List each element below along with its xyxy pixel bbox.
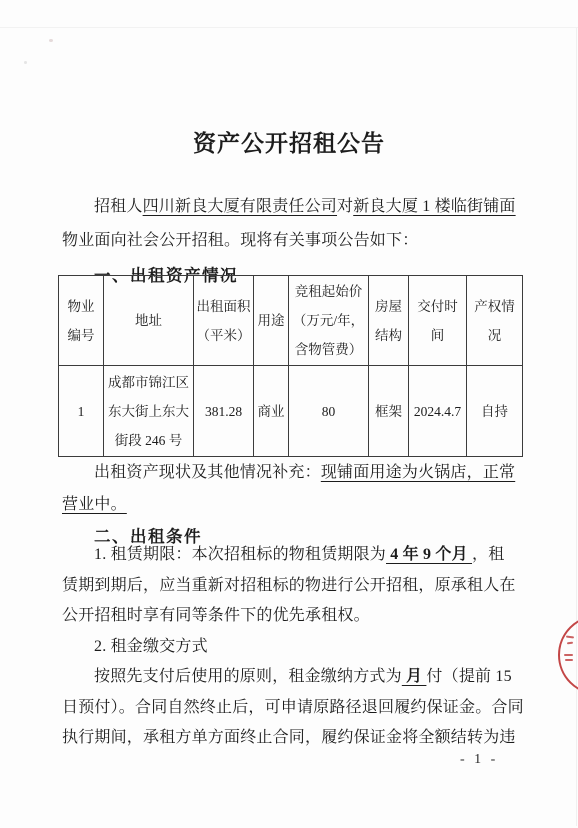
text-line: 招租人四川新良大厦有限责任公司对新良大厦 1 楼临街铺面 (62, 190, 530, 224)
text-line: 日预付）。合同自然终止后，可申请原路径退回履约保证金。合同 (62, 693, 530, 724)
header-cell-ownership: 产权情况 (467, 276, 523, 366)
cell-usage: 商业 (254, 366, 289, 457)
cell-address: 成都市锦江区东大街上东大街段 246 号 (104, 366, 194, 457)
text-line: 按照先支付后使用的原则，租金缴纳方式为 月 付（提前 15 (62, 662, 530, 693)
text-run: 对 (337, 198, 353, 215)
text-run: 招租人 (94, 198, 143, 215)
table-header-row: 物业编号 地址 出租面积（平米） 用途 竞租起始价（万元/年，含物管费） 房屋结… (59, 276, 523, 366)
text-run: 赁期到期后，应当重新对招租标的物进行公开招租，原承租人在 (62, 577, 516, 594)
intro-paragraph: 招租人四川新良大厦有限责任公司对新良大厦 1 楼临街铺面物业面向社会公开招租。现… (62, 190, 530, 258)
text-line: 2. 租金缴交方式 (62, 632, 530, 663)
text-run: ，租 (472, 546, 504, 563)
text-line: 物业面向社会公开招租。现将有关事项公告如下： (62, 224, 530, 258)
text-run: 出租资产现状及其他情况补充： (94, 464, 321, 481)
header-cell-address: 地址 (104, 276, 194, 366)
text-run: 付（提前 15 (426, 668, 511, 685)
filled-in-blank: 营业中。 (62, 496, 127, 513)
header-cell-delivery-date: 交付时间 (409, 276, 467, 366)
cell-structure: 框架 (369, 366, 409, 457)
red-seal-stamp-partial (552, 610, 578, 700)
scan-smudge (24, 61, 27, 64)
section2-paragraphs: 1. 租赁期限：本次招租标的物租赁期限为 4 年 9 个月 ，租赁期到期后，应当… (62, 540, 530, 754)
seal-text-fragment (565, 659, 573, 661)
text-line: 营业中。 (62, 489, 530, 521)
text-line: 执行期间，承租方单方面终止合同，履约保证金将全额结转为违 (62, 723, 530, 754)
cell-delivery-date: 2024.4.7 (409, 366, 467, 457)
text-line: 赁期到期后，应当重新对招租标的物进行公开招租，原承租人在 (62, 571, 530, 602)
text-run: 1. 租赁期限：本次招租标的物租赁期限为 (94, 546, 386, 563)
text-run: 按照先支付后使用的原则，租金缴纳方式为 (94, 668, 402, 685)
text-run: 2. 租金缴交方式 (94, 638, 208, 655)
cell-start-price: 80 (289, 366, 369, 457)
header-cell-structure: 房屋结构 (369, 276, 409, 366)
text-line: 1. 租赁期限：本次招租标的物租赁期限为 4 年 9 个月 ，租 (62, 540, 530, 571)
cell-property-no: 1 (59, 366, 104, 457)
asset-table: 物业编号 地址 出租面积（平米） 用途 竞租起始价（万元/年，含物管费） 房屋结… (58, 275, 523, 457)
page-title: 资产公开招租公告 (0, 125, 578, 158)
cell-ownership: 自持 (467, 366, 523, 457)
text-run: 物业面向社会公开招租。现将有关事项公告如下： (62, 232, 418, 249)
header-cell-property-no: 物业编号 (59, 276, 104, 366)
text-run: 执行期间，承租方单方面终止合同，履约保证金将全额结转为违 (62, 729, 516, 746)
header-cell-start-price: 竞租起始价（万元/年，含物管费） (289, 276, 369, 366)
seal-text-fragment (564, 654, 573, 656)
filled-in-blank: 4 年 9 个月 (386, 546, 472, 563)
filled-in-blank: 月 (402, 668, 427, 685)
page-number: - 1 - (460, 752, 498, 768)
supplement-paragraph: 出租资产现状及其他情况补充：现铺面用途为火锅店，正常营业中。 (62, 457, 530, 521)
table-row: 1 成都市锦江区东大街上东大街段 246 号 381.28 商业 80 框架 2… (59, 366, 523, 457)
filled-in-blank: 四川新良大厦有限责任公司 (143, 198, 337, 215)
text-line: 出租资产现状及其他情况补充：现铺面用途为火锅店，正常 (62, 457, 530, 489)
scan-edge-line-top (0, 27, 578, 28)
text-line: 公开招租时享有同等条件下的优先承租权。 (62, 601, 530, 632)
text-run: 日预付）。合同自然终止后，可申请原路径退回履约保证金。合同 (62, 699, 524, 716)
header-cell-area: 出租面积（平米） (194, 276, 254, 366)
cell-area: 381.28 (194, 366, 254, 457)
scan-smudge (49, 39, 53, 42)
document-page: 资产公开招租公告 招租人四川新良大厦有限责任公司对新良大厦 1 楼临街铺面物业面… (0, 0, 578, 828)
filled-in-blank: 现铺面用途为火锅店，正常 (321, 464, 515, 481)
filled-in-blank: 新良大厦 1 楼临街铺面 (353, 198, 515, 215)
text-run: 公开招租时享有同等条件下的优先承租权。 (62, 607, 370, 624)
header-cell-usage: 用途 (254, 276, 289, 366)
